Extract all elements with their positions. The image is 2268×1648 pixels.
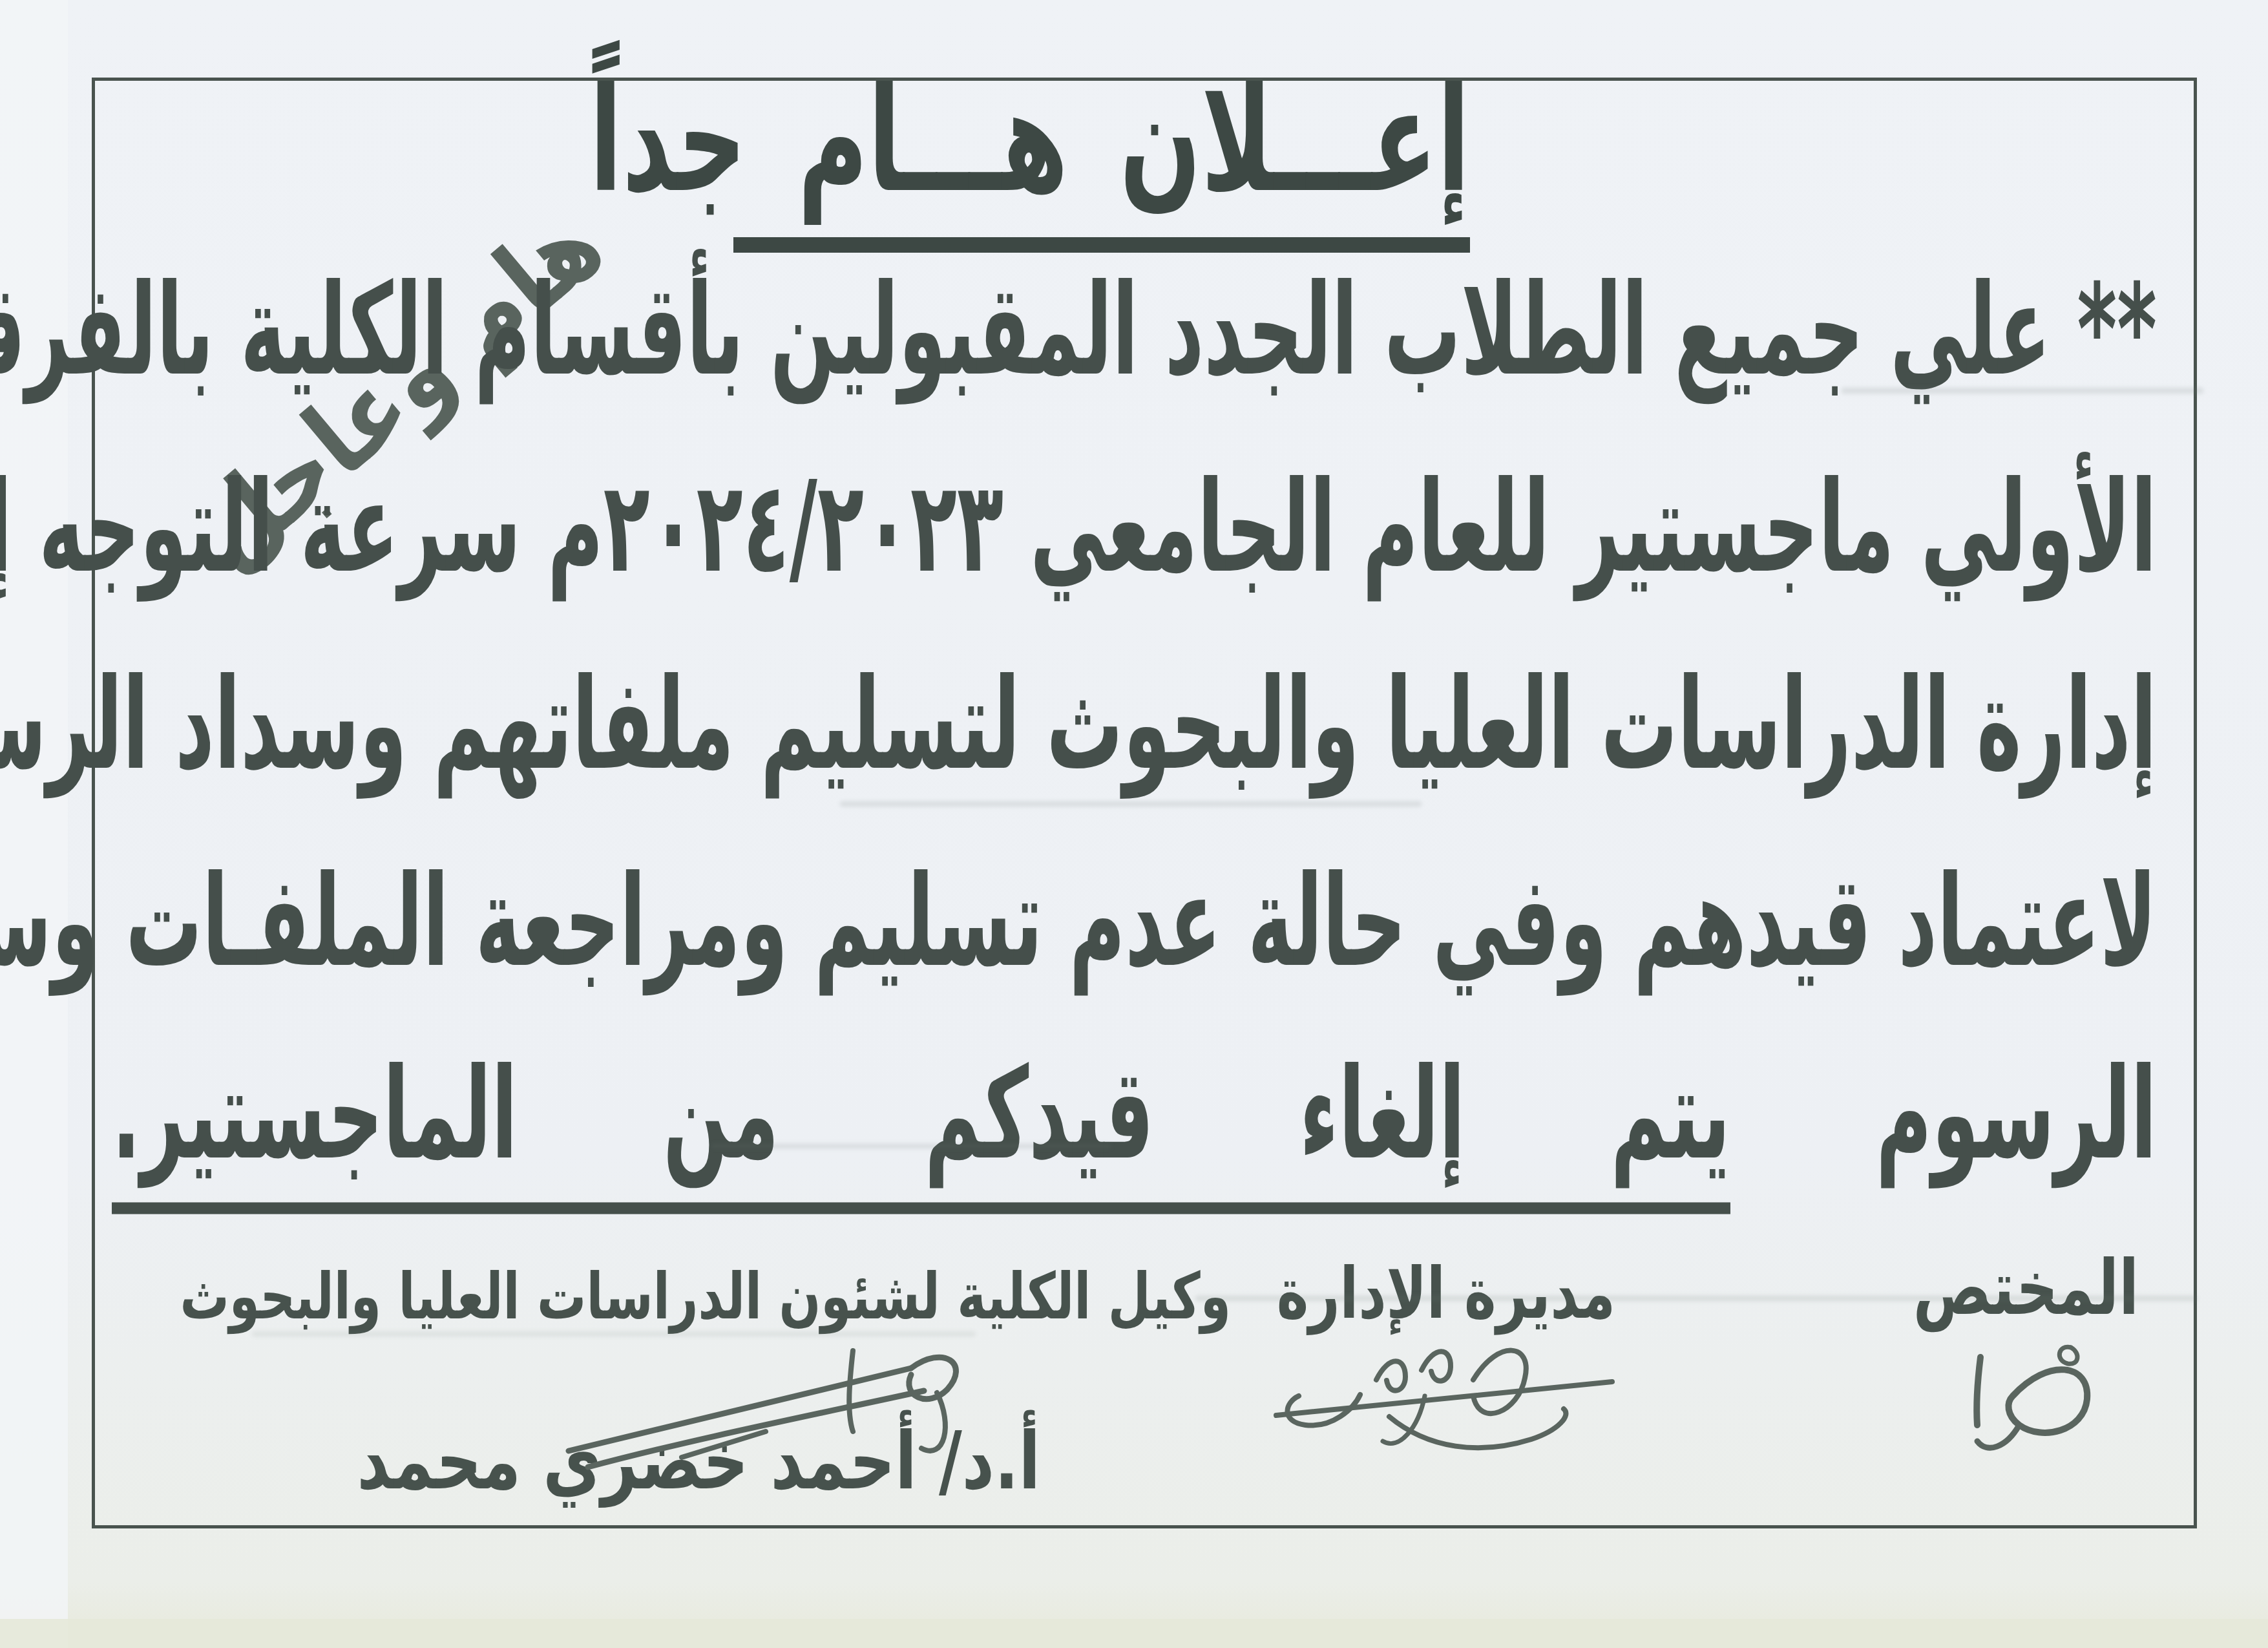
announcement-title: إعـــلان هـــام جداً: [733, 57, 1470, 253]
body-line-3: إدارة الدراسات العليا والبحوث لتسليم ملف…: [112, 650, 2157, 801]
photocopy-streak: [840, 801, 1422, 807]
scanned-announcement-page: هام وعاجل إعـــلان هـــام جداً ** علي جم…: [0, 0, 2268, 1648]
body-line-5: الرسوم يتم إلغاء قيدكم من الماجستير.: [112, 1039, 2157, 1190]
signature-stroke: [2059, 1347, 2077, 1364]
signature-stroke: [1376, 1361, 1405, 1390]
body-line-2: الأولي ماجستير للعام الجامعي ٢٠٢٤/٢٠٢٣م …: [112, 452, 2157, 604]
photocopy-streak: [711, 1144, 1111, 1148]
signature-stroke: [1977, 1357, 1980, 1425]
body-line-4: لاعتماد قيدهم وفي حالة عدم تسليم ومراجعة…: [112, 847, 2157, 998]
photocopy-streak: [1195, 1296, 2197, 1301]
director-signature: [1260, 1318, 1635, 1486]
specialist-title: المختص: [1913, 1244, 2139, 1333]
specialist-signature: [1951, 1328, 2106, 1483]
photocopy-streak: [252, 1331, 976, 1336]
body-line-1: ** علي جميع الطلاب الجدد المقبولين بأقسا…: [112, 255, 2157, 407]
vice-dean-signature: [549, 1328, 989, 1490]
paper-left-edge: [0, 0, 68, 1648]
signature-stroke: [588, 1391, 924, 1467]
signature-stroke: [1422, 1351, 1451, 1381]
body-line-5-underlined: يتم إلغاء قيدكم من الماجستير.: [112, 1041, 1730, 1214]
signature-stroke: [909, 1357, 956, 1399]
body-line-5-start: الرسوم: [1730, 1041, 2157, 1188]
paper-bottom-edge: [0, 1619, 2268, 1648]
signature-stroke: [1977, 1425, 2019, 1448]
photocopy-streak: [1842, 388, 2203, 394]
signature-stroke: [849, 1351, 853, 1431]
signature-stroke: [1389, 1409, 1566, 1448]
vice-dean-title: وكيل الكلية لشئون الدراسات العليا والبحو…: [180, 1259, 1231, 1334]
signature-stroke: [1473, 1351, 1526, 1414]
